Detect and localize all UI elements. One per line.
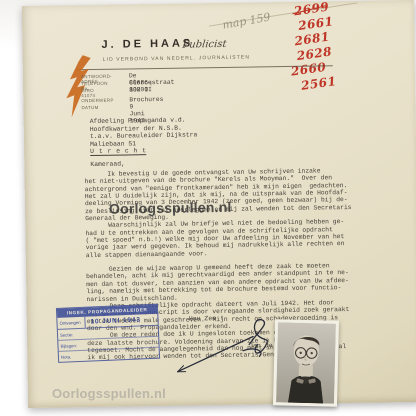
field-value: 80686-83800	[129, 79, 152, 93]
letterhead-subtitle: LID VERBOND VAN NEDERL. JOURNALISTEN	[103, 55, 250, 63]
portrait-photo-image	[276, 322, 336, 403]
stamp-row-label: Nota.	[61, 354, 71, 359]
watermark-text-bottom: Oorlogsspullen.nl	[52, 386, 166, 401]
red-archive-numbers: 2699 2661 2681 2628 2660 2561	[294, 1, 337, 92]
salutation: Kameraad,	[90, 161, 125, 169]
receipt-stamp: INGEK. PROPAGANDALEIDER Ontvangen 10 JUN…	[56, 304, 160, 363]
stamp-divider	[84, 317, 85, 328]
pencil-folder-note: map 159	[221, 11, 271, 32]
stamp-received-label: Ontvangen	[59, 320, 80, 326]
field-label: DATUM	[81, 105, 98, 110]
field-label: GIRO 41074	[81, 88, 95, 98]
field-label: ONDERWERP	[81, 98, 113, 104]
recipient-city: U t r e c h t	[90, 147, 146, 156]
stamp-row-label: Sectie:	[60, 332, 73, 338]
paragraph: Waarschijnlijk zal Uw briefje wel niet d…	[85, 218, 382, 259]
letterhead-fields: ANTWOORD-ADRES De Clercqstraat 102 II TE…	[81, 73, 82, 111]
letterhead-title: Publicist	[182, 39, 227, 51]
letter-paper: map 159 2699 2661 2681 2628 2660 2561 J.…	[22, 0, 416, 408]
recipient-address: Afdeeling Propaganda v.d. Hoofdkwartier …	[90, 116, 198, 148]
watermark-text: Oorlogsspullen.nl	[109, 199, 232, 217]
stamp-row-label: Bijlagen:	[60, 343, 77, 349]
letterhead-name: J. DE HAAS	[101, 37, 193, 50]
portrait-photo	[273, 319, 339, 407]
stamp-date: 10 JUNI 1943	[90, 316, 141, 325]
field-value: Brochures	[129, 96, 163, 104]
paragraph: Gezien de wijze waarop U gemeend heeft d…	[86, 262, 383, 303]
